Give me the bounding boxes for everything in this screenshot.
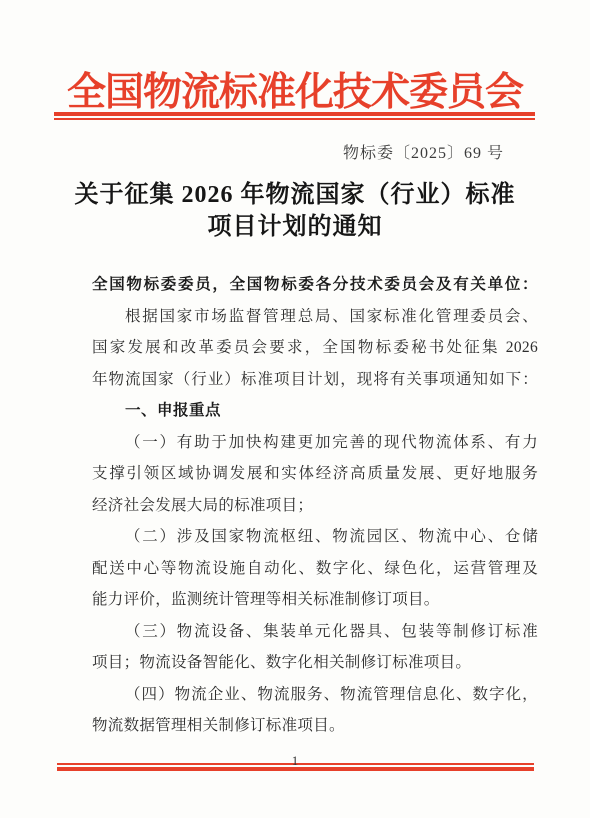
document-body: 全国物标委委员，全国物标委各分技术委员会及有关单位： 根据国家市场监督管理总局、…	[92, 269, 538, 742]
header-rule-thin-bar	[54, 118, 535, 120]
body-line: 国家发展和改革委员会要求，全国物标委秘书处征集 2026	[92, 332, 538, 364]
header-rule-thick-bar	[54, 112, 535, 116]
doc-title-line2: 项目计划的通知	[0, 211, 590, 243]
organization-title: 全国物流标准化技术委员会	[0, 61, 590, 117]
body-line: 年物流国家（行业）标准项目计划，现将有关事项通知如下：	[92, 364, 538, 396]
doc-title-line1: 关于征集 2026 年物流国家（行业）标准	[0, 179, 590, 211]
body-line: 能力评价，监测统计管理等相关标准制修订项目。	[92, 584, 538, 616]
page-number: 1	[0, 753, 590, 769]
body-line: （四）物流企业、物流服务、物流管理信息化、数字化，	[92, 679, 538, 711]
body-line: 物流数据管理相关制修订标准项目。	[92, 710, 538, 742]
body-line: 经济社会发展大局的标准项目；	[92, 490, 538, 522]
body-line: 项目；物流设备智能化、数字化相关制修订标准项目。	[92, 647, 538, 679]
body-line-salutation: 全国物标委委员，全国物标委各分技术委员会及有关单位：	[92, 269, 538, 301]
doc-number: 物标委〔2025〕69 号	[343, 140, 504, 163]
body-line: 支撑引领区域协调发展和实体经济高质量发展、更好地服务	[92, 458, 538, 490]
body-line: （二）涉及国家物流枢纽、物流园区、物流中心、仓储	[92, 521, 538, 553]
document-page: 全国物流标准化技术委员会 物标委〔2025〕69 号 关于征集 2026 年物流…	[0, 0, 590, 818]
body-line: （一）有助于加快构建更加完善的现代物流体系、有力	[92, 427, 538, 459]
body-line: 配送中心等物流设施自动化、数字化、绿色化，运营管理及	[92, 553, 538, 585]
body-line: （三）物流设备、集装单元化器具、包装等制修订标准	[92, 616, 538, 648]
body-line: 根据国家市场监督管理总局、国家标准化管理委员会、	[92, 301, 538, 333]
doc-title: 关于征集 2026 年物流国家（行业）标准 项目计划的通知	[0, 179, 590, 243]
header-rule	[54, 112, 535, 120]
body-section-heading: 一、申报重点	[92, 395, 538, 427]
